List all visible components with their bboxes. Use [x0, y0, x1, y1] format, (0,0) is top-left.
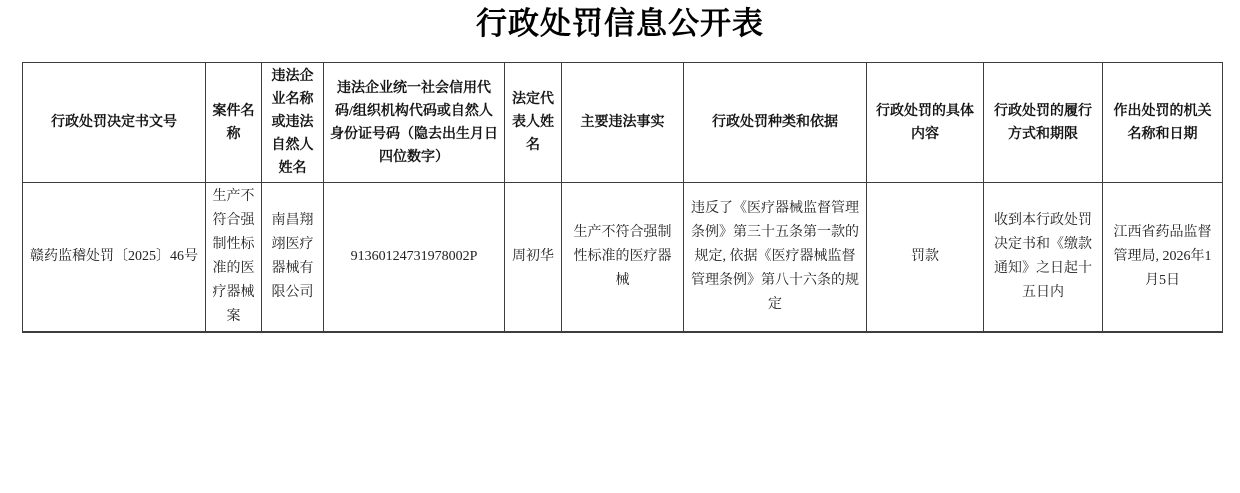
table-row: 赣药监稽处罚〔2025〕46号 生产不符合强制性标准的医疗器械案 南昌翔翊医疗器… — [23, 183, 1223, 333]
cell-performance-deadline: 收到本行政处罚决定书和《缴款通知》之日起十五日内 — [984, 183, 1103, 333]
header-cell-credit-code: 违法企业统一社会信用代码/组织机构代码或自然人身份证号码（隐去出生月日四位数字） — [324, 63, 505, 183]
header-cell-main-illegal-facts: 主要违法事实 — [562, 63, 684, 183]
penalty-disclosure-table: 行政处罚决定书文号 案件名称 违法企业名称或违法自然人姓名 违法企业统一社会信用… — [22, 62, 1223, 333]
header-cell-decision-number: 行政处罚决定书文号 — [23, 63, 206, 183]
header-cell-penalty-content: 行政处罚的具体内容 — [867, 63, 984, 183]
cell-legal-representative: 周初华 — [505, 183, 562, 333]
cell-penalty-type-basis: 违反了《医疗器械监督管理条例》第三十五条第一款的规定, 依据《医疗器械监督管理条… — [684, 183, 867, 333]
cell-credit-code: 91360124731978002P — [324, 183, 505, 333]
header-cell-legal-representative: 法定代表人姓名 — [505, 63, 562, 183]
cell-decision-number: 赣药监稽处罚〔2025〕46号 — [23, 183, 206, 333]
header-cell-performance-deadline: 行政处罚的履行方式和期限 — [984, 63, 1103, 183]
header-cell-case-name: 案件名称 — [206, 63, 262, 183]
table-header-row: 行政处罚决定书文号 案件名称 违法企业名称或违法自然人姓名 违法企业统一社会信用… — [23, 63, 1223, 183]
cell-violator-name: 南昌翔翊医疗器械有限公司 — [262, 183, 324, 333]
cell-penalty-content: 罚款 — [867, 183, 984, 333]
cell-main-illegal-facts: 生产不符合强制性标准的医疗器械 — [562, 183, 684, 333]
cell-case-name: 生产不符合强制性标准的医疗器械案 — [206, 183, 262, 333]
page-title: 行政处罚信息公开表 — [0, 2, 1240, 46]
header-cell-authority-date: 作出处罚的机关名称和日期 — [1103, 63, 1223, 183]
header-cell-penalty-type-basis: 行政处罚种类和依据 — [684, 63, 867, 183]
header-cell-violator-name: 违法企业名称或违法自然人姓名 — [262, 63, 324, 183]
cell-authority-date: 江西省药品监督管理局, 2026年1月5日 — [1103, 183, 1223, 333]
